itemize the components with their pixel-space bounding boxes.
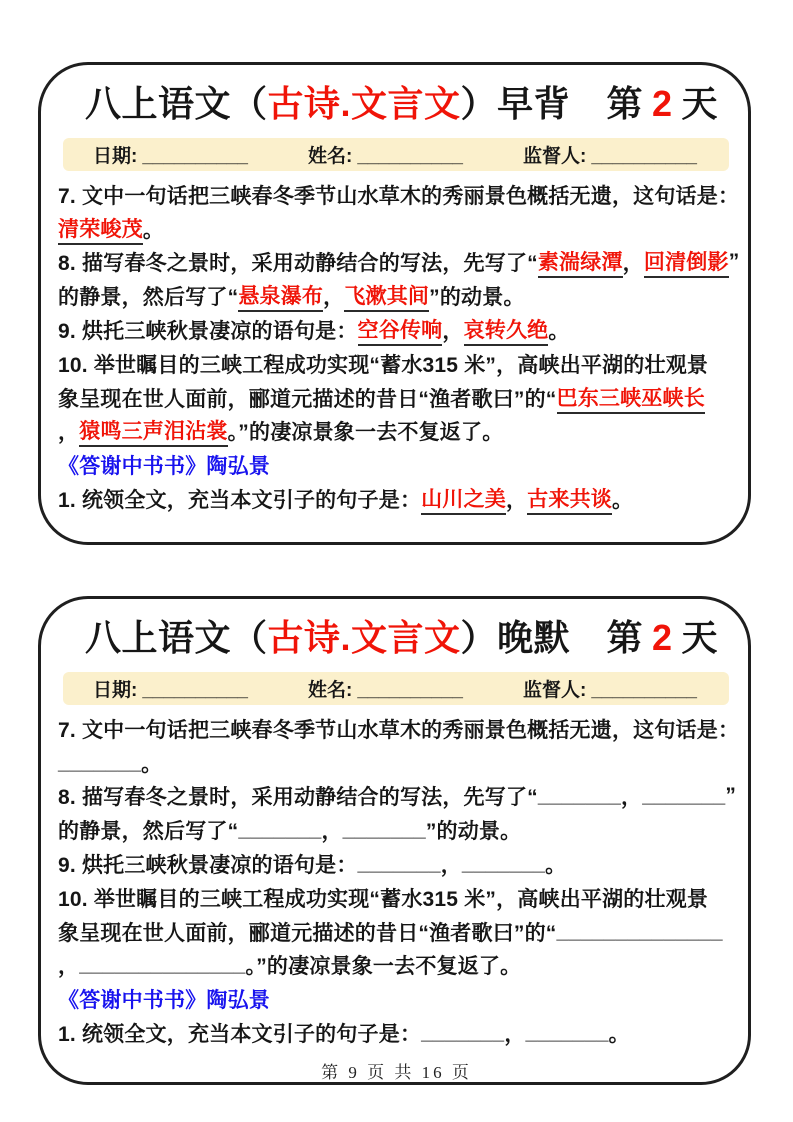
question-text: 7. 文中一句话把三峡春冬季节山水草木的秀丽景色概括无遗，这句话是： — [58, 180, 739, 210]
question-text: ， — [504, 1018, 525, 1048]
date-blank: __________ — [142, 680, 248, 702]
name-blank: __________ — [357, 146, 463, 168]
question-text: 8. 描写春冬之景时，采用动静结合的写法，先写了“ — [58, 247, 538, 277]
name-field: 姓名: __________ — [308, 675, 463, 702]
text-line: 10. 举世瞩目的三峡工程成功实现“蓄水315 米”，高峡出平湖的壮观景 — [58, 881, 732, 915]
supervisor-field: 监督人: __________ — [523, 141, 697, 168]
title-prefix: 八上语文 — [85, 617, 231, 658]
supervisor-blank: __________ — [591, 146, 697, 168]
question-text: ， — [441, 849, 462, 879]
date-label: 日期: — [93, 675, 137, 702]
info-bar: 日期: __________ 姓名: __________ 监督人: _____… — [63, 138, 729, 171]
title-paren-close: ） — [461, 617, 498, 658]
day-number: 2 — [652, 83, 673, 125]
date-field: 日期: __________ — [93, 675, 248, 702]
title-paren-open: （ — [231, 83, 268, 124]
text-line: 8. 描写春冬之景时，采用动静结合的写法，先写了“素湍绿潭，回清倒影” — [58, 246, 732, 280]
text-line: 的静景，然后写了“_______， _______”的动景。 — [58, 813, 732, 847]
date-field: 日期: __________ — [93, 141, 248, 168]
text-line: 1. 统领全文，充当本文引子的句子是： _______， _______。 — [58, 1016, 732, 1050]
title-prefix: 八上语文 — [85, 83, 231, 124]
blank-line: _______ — [642, 784, 725, 808]
day-prefix: 第 — [606, 76, 643, 127]
title-mode: 早背 — [497, 83, 570, 124]
work-title-text: 《答谢中书书》陶弘景 — [58, 450, 270, 480]
supervisor-blank: __________ — [591, 680, 697, 702]
question-text: ， — [58, 950, 79, 980]
question-text: ， — [442, 315, 463, 345]
info-bar: 日期: __________ 姓名: __________ 监督人: _____… — [63, 672, 729, 705]
blank-line: _______ — [421, 1021, 504, 1045]
question-text: 的静景，然后写了“ — [58, 815, 238, 845]
card-title: 八上语文（古诗.文言文）早背 第 2 天 — [85, 76, 718, 127]
page-number-footer: 第 9 页 共 16 页 — [0, 1058, 793, 1083]
supervisor-field: 监督人: __________ — [523, 675, 697, 702]
answer-text: 空谷传响 — [358, 314, 443, 346]
blank-line: _______ — [358, 852, 441, 876]
text-line: 的静景，然后写了“悬泉瀑布， 飞漱其间”的动景。 — [58, 279, 732, 313]
day-badge: 第 2 天 — [606, 76, 718, 127]
blank-line: ______________ — [79, 953, 245, 977]
question-text: ， — [623, 247, 644, 277]
supervisor-label: 监督人: — [523, 141, 586, 168]
question-text: ”的动景。 — [426, 815, 522, 845]
blank-line: _______ — [58, 751, 141, 775]
answer-text: 回清倒影 — [644, 246, 729, 278]
question-text: 象呈现在世人面前，郦道元描述的昔日“渔者歌曰”的“ — [58, 917, 557, 947]
work-title-text: 《答谢中书书》陶弘景 — [58, 984, 270, 1014]
supervisor-label: 监督人: — [523, 675, 586, 702]
answer-text: 巴东三峡巫峡长 — [557, 382, 705, 414]
answer-text: 哀转久绝 — [464, 314, 549, 346]
answer-text: 素湍绿潭 — [538, 246, 623, 278]
date-label: 日期: — [93, 141, 137, 168]
name-field: 姓名: __________ — [308, 141, 463, 168]
text-line: ，______________。”的凄凉景象一去不复返了。 — [58, 949, 732, 983]
text-line: 《答谢中书书》陶弘景 — [58, 982, 732, 1016]
name-blank: __________ — [357, 680, 463, 702]
question-text: ， — [58, 416, 79, 446]
name-label: 姓名: — [308, 141, 352, 168]
blank-line: _______ — [462, 852, 545, 876]
text-line: 《答谢中书书》陶弘景 — [58, 448, 732, 482]
question-text: 象呈现在世人面前，郦道元描述的昔日“渔者歌曰”的“ — [58, 383, 557, 413]
blank-line: _______ — [238, 818, 321, 842]
question-text: ， — [621, 781, 642, 811]
text-line: 清荣峻茂。 — [58, 212, 732, 246]
worksheet-page: { "page": { "footer_text": "第 9 页 共 16 页… — [0, 0, 793, 1122]
question-text: 。”的凄凉景象一去不复返了。 — [246, 950, 522, 980]
title-paren-close: ） — [461, 83, 498, 124]
title-subject-highlight: 古诗.文言文 — [268, 83, 461, 124]
answer-text: 山川之美 — [421, 483, 506, 515]
question-text: 。 — [612, 484, 633, 514]
text-line: 9. 烘托三峡秋景凄凉的语句是：空谷传响，哀转久绝。 — [58, 313, 732, 347]
question-text: 。 — [548, 315, 569, 345]
answer-text: 飞漱其间 — [344, 280, 429, 312]
evening-dictation-card: 八上语文（古诗.文言文）晚默 第 2 天 日期: __________ 姓名: … — [38, 596, 751, 1085]
name-label: 姓名: — [308, 675, 352, 702]
blank-line: _______ — [526, 1021, 609, 1045]
question-list: 7. 文中一句话把三峡春冬季节山水草木的秀丽景色概括无遗，这句话是：______… — [58, 712, 732, 1050]
title-subject-highlight: 古诗.文言文 — [268, 617, 461, 658]
question-text: ， — [321, 815, 342, 845]
question-text: ， — [506, 484, 527, 514]
question-text: 9. 烘托三峡秋景凄凉的语句是： — [58, 849, 358, 879]
blank-line: _______ — [343, 818, 426, 842]
question-text: 。 — [609, 1018, 630, 1048]
question-text: 7. 文中一句话把三峡春冬季节山水草木的秀丽景色概括无遗，这句话是： — [58, 714, 739, 744]
text-line: 10. 举世瞩目的三峡工程成功实现“蓄水315 米”，高峡出平湖的壮观景 — [58, 347, 732, 381]
answer-text: 悬泉瀑布 — [238, 280, 323, 312]
question-text: ， — [323, 281, 344, 311]
morning-recite-card: 八上语文（古诗.文言文）早背 第 2 天 日期: __________ 姓名: … — [38, 62, 751, 545]
question-text: 。”的凄凉景象一去不复返了。 — [228, 416, 504, 446]
blank-line: _______ — [538, 784, 621, 808]
question-text: 10. 举世瞩目的三峡工程成功实现“蓄水315 米”，高峡出平湖的壮观景 — [58, 349, 708, 379]
text-line: ，猿鸣三声泪沾裳。”的凄凉景象一去不复返了。 — [58, 415, 732, 449]
card-title-left: 八上语文（古诗.文言文）晚默 — [85, 610, 570, 661]
question-text: ” — [729, 250, 740, 274]
date-blank: __________ — [142, 146, 248, 168]
question-text: 10. 举世瞩目的三峡工程成功实现“蓄水315 米”，高峡出平湖的壮观景 — [58, 883, 708, 913]
text-line: 象呈现在世人面前，郦道元描述的昔日“渔者歌曰”的“巴东三峡巫峡长 — [58, 381, 732, 415]
day-suffix: 天 — [681, 610, 718, 661]
day-prefix: 第 — [606, 610, 643, 661]
day-suffix: 天 — [681, 76, 718, 127]
text-line: _______。 — [58, 746, 732, 780]
text-line: 9. 烘托三峡秋景凄凉的语句是： _______， _______。 — [58, 847, 732, 881]
day-number: 2 — [652, 617, 673, 659]
text-line: 象呈现在世人面前，郦道元描述的昔日“渔者歌曰”的“______________ — [58, 915, 732, 949]
question-text: 。 — [143, 214, 164, 244]
answer-text: 猿鸣三声泪沾裳 — [79, 415, 227, 447]
question-text: 9. 烘托三峡秋景凄凉的语句是： — [58, 315, 358, 345]
text-line: 1. 统领全文，充当本文引子的句子是：山川之美，古来共谈。 — [58, 482, 732, 516]
question-text: ”的动景。 — [429, 281, 525, 311]
text-line: 7. 文中一句话把三峡春冬季节山水草木的秀丽景色概括无遗，这句话是： — [58, 712, 732, 746]
question-text: ” — [725, 784, 736, 808]
question-list: 7. 文中一句话把三峡春冬季节山水草木的秀丽景色概括无遗，这句话是：清荣峻茂。8… — [58, 178, 732, 516]
question-text: 的静景，然后写了“ — [58, 281, 238, 311]
text-line: 8. 描写春冬之景时，采用动静结合的写法，先写了“_______，_______… — [58, 780, 732, 814]
question-text: 8. 描写春冬之景时，采用动静结合的写法，先写了“ — [58, 781, 538, 811]
title-paren-open: （ — [231, 617, 268, 658]
answer-text: 清荣峻茂 — [58, 213, 143, 245]
text-line: 7. 文中一句话把三峡春冬季节山水草木的秀丽景色概括无遗，这句话是： — [58, 178, 732, 212]
question-text: 1. 统领全文，充当本文引子的句子是： — [58, 1018, 421, 1048]
day-badge: 第 2 天 — [606, 610, 718, 661]
question-text: 。 — [141, 748, 162, 778]
answer-text: 古来共谈 — [527, 483, 612, 515]
card-title: 八上语文（古诗.文言文）晚默 第 2 天 — [85, 610, 718, 661]
question-text: 。 — [545, 849, 566, 879]
question-text: 1. 统领全文，充当本文引子的句子是： — [58, 484, 421, 514]
title-mode: 晚默 — [497, 617, 570, 658]
blank-line: ______________ — [557, 920, 723, 944]
card-title-left: 八上语文（古诗.文言文）早背 — [85, 76, 570, 127]
